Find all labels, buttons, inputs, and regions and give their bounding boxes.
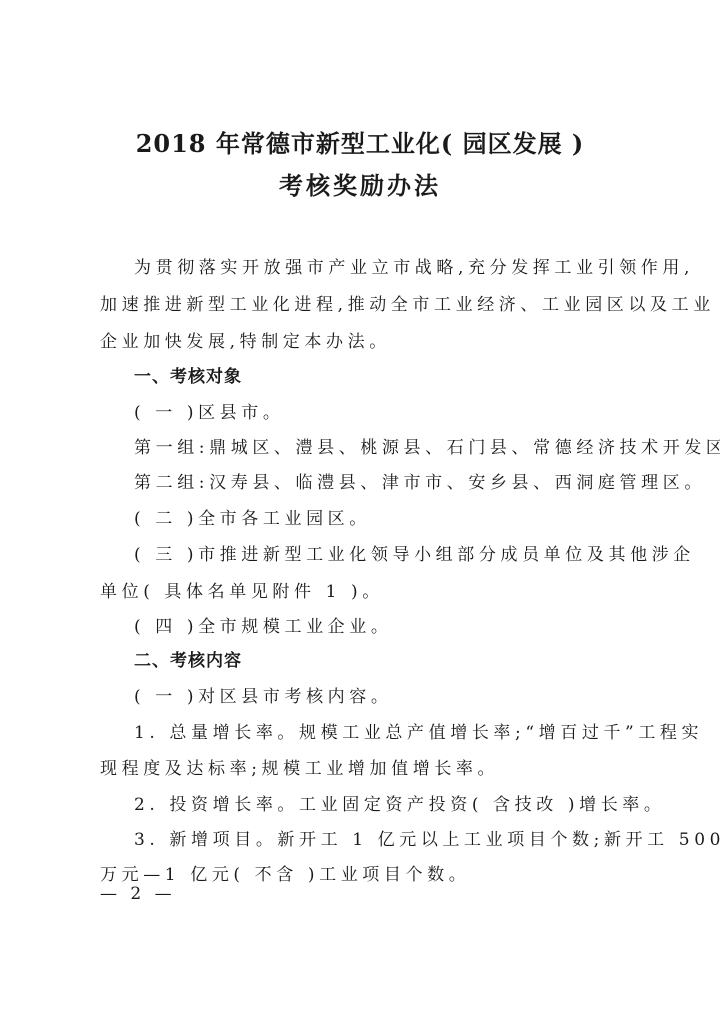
paragraph-line: ( 四 )全市规模工业企业。 bbox=[134, 612, 392, 637]
paragraph-line: 单位( 具体名单见附件 1 )。 bbox=[100, 577, 384, 602]
paragraph-line: 万元—1 亿元( 不含 )工业项目个数。 bbox=[100, 860, 470, 885]
paragraph-line: ( 三 )市推进新型工业化领导小组部分成员单位及其他涉企 bbox=[134, 540, 695, 565]
page-number: — 2 — bbox=[100, 884, 176, 904]
paragraph-line: ( 一 )对区县市考核内容。 bbox=[134, 682, 392, 707]
paragraph-line: 3. 新增项目。新开工 1 亿元以上工业项目个数;新开工 5000 bbox=[134, 825, 720, 850]
document-title-line1: 2018 年常德市新型工业化( 园区发展 ) bbox=[0, 124, 720, 159]
paragraph-line: 第二组:汉寿县、临澧县、津市市、安乡县、西洞庭管理区。 bbox=[134, 468, 706, 493]
section-heading: 二、考核内容 bbox=[134, 646, 242, 671]
paragraph-line: 加速推进新型工业化进程,推动全市工业经济、工业园区以及工业 bbox=[100, 290, 715, 315]
paragraph-line: 2. 投资增长率。工业固定资产投资( 含技改 )增长率。 bbox=[134, 790, 666, 815]
paragraph-line: 为贯彻落实开放强市产业立市战略,充分发挥工业引领作用, bbox=[134, 253, 694, 278]
paragraph-line: ( 一 )区县市。 bbox=[134, 398, 284, 423]
document-title-line2: 考核奖励办法 bbox=[0, 166, 720, 201]
paragraph-line: 第一组:鼎城区、澧县、桃源县、石门县、常德经济技术开发区。 bbox=[134, 433, 720, 458]
section-heading: 一、考核对象 bbox=[134, 362, 242, 387]
paragraph-line: 1. 总量增长率。规模工业总产值增长率;“增百过千”工程实 bbox=[134, 718, 703, 743]
paragraph-line: 现程度及达标率;规模工业增加值增长率。 bbox=[100, 754, 499, 779]
paragraph-line: ( 二 )全市各工业园区。 bbox=[134, 504, 371, 529]
paragraph-line: 企业加快发展,特制定本办法。 bbox=[100, 327, 391, 352]
